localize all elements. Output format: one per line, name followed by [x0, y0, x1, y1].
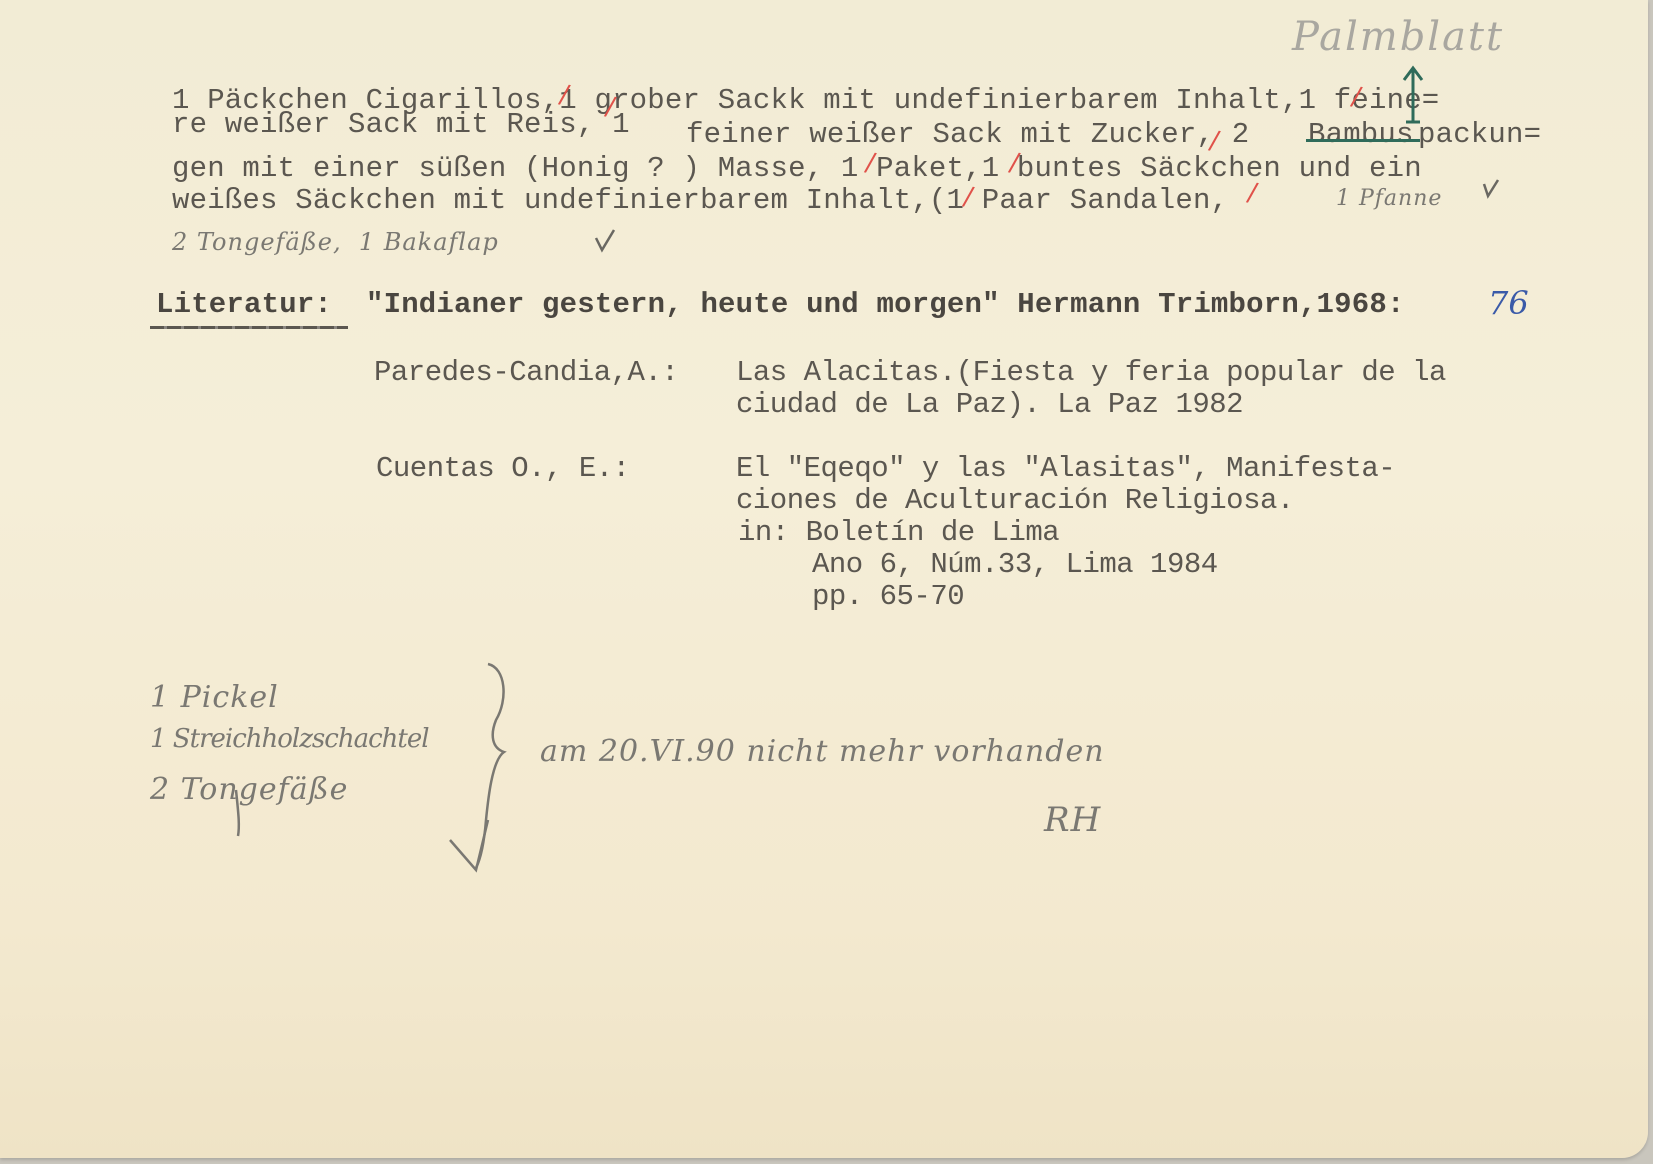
check-mark-icon — [596, 230, 614, 250]
annotation-strokes — [0, 0, 1648, 1158]
catalog-card: Palmblatt 1 Päckchen Cigarillos,1 grober… — [0, 0, 1648, 1158]
insertion-arrow-icon — [1404, 68, 1422, 122]
brace-icon — [236, 664, 504, 870]
